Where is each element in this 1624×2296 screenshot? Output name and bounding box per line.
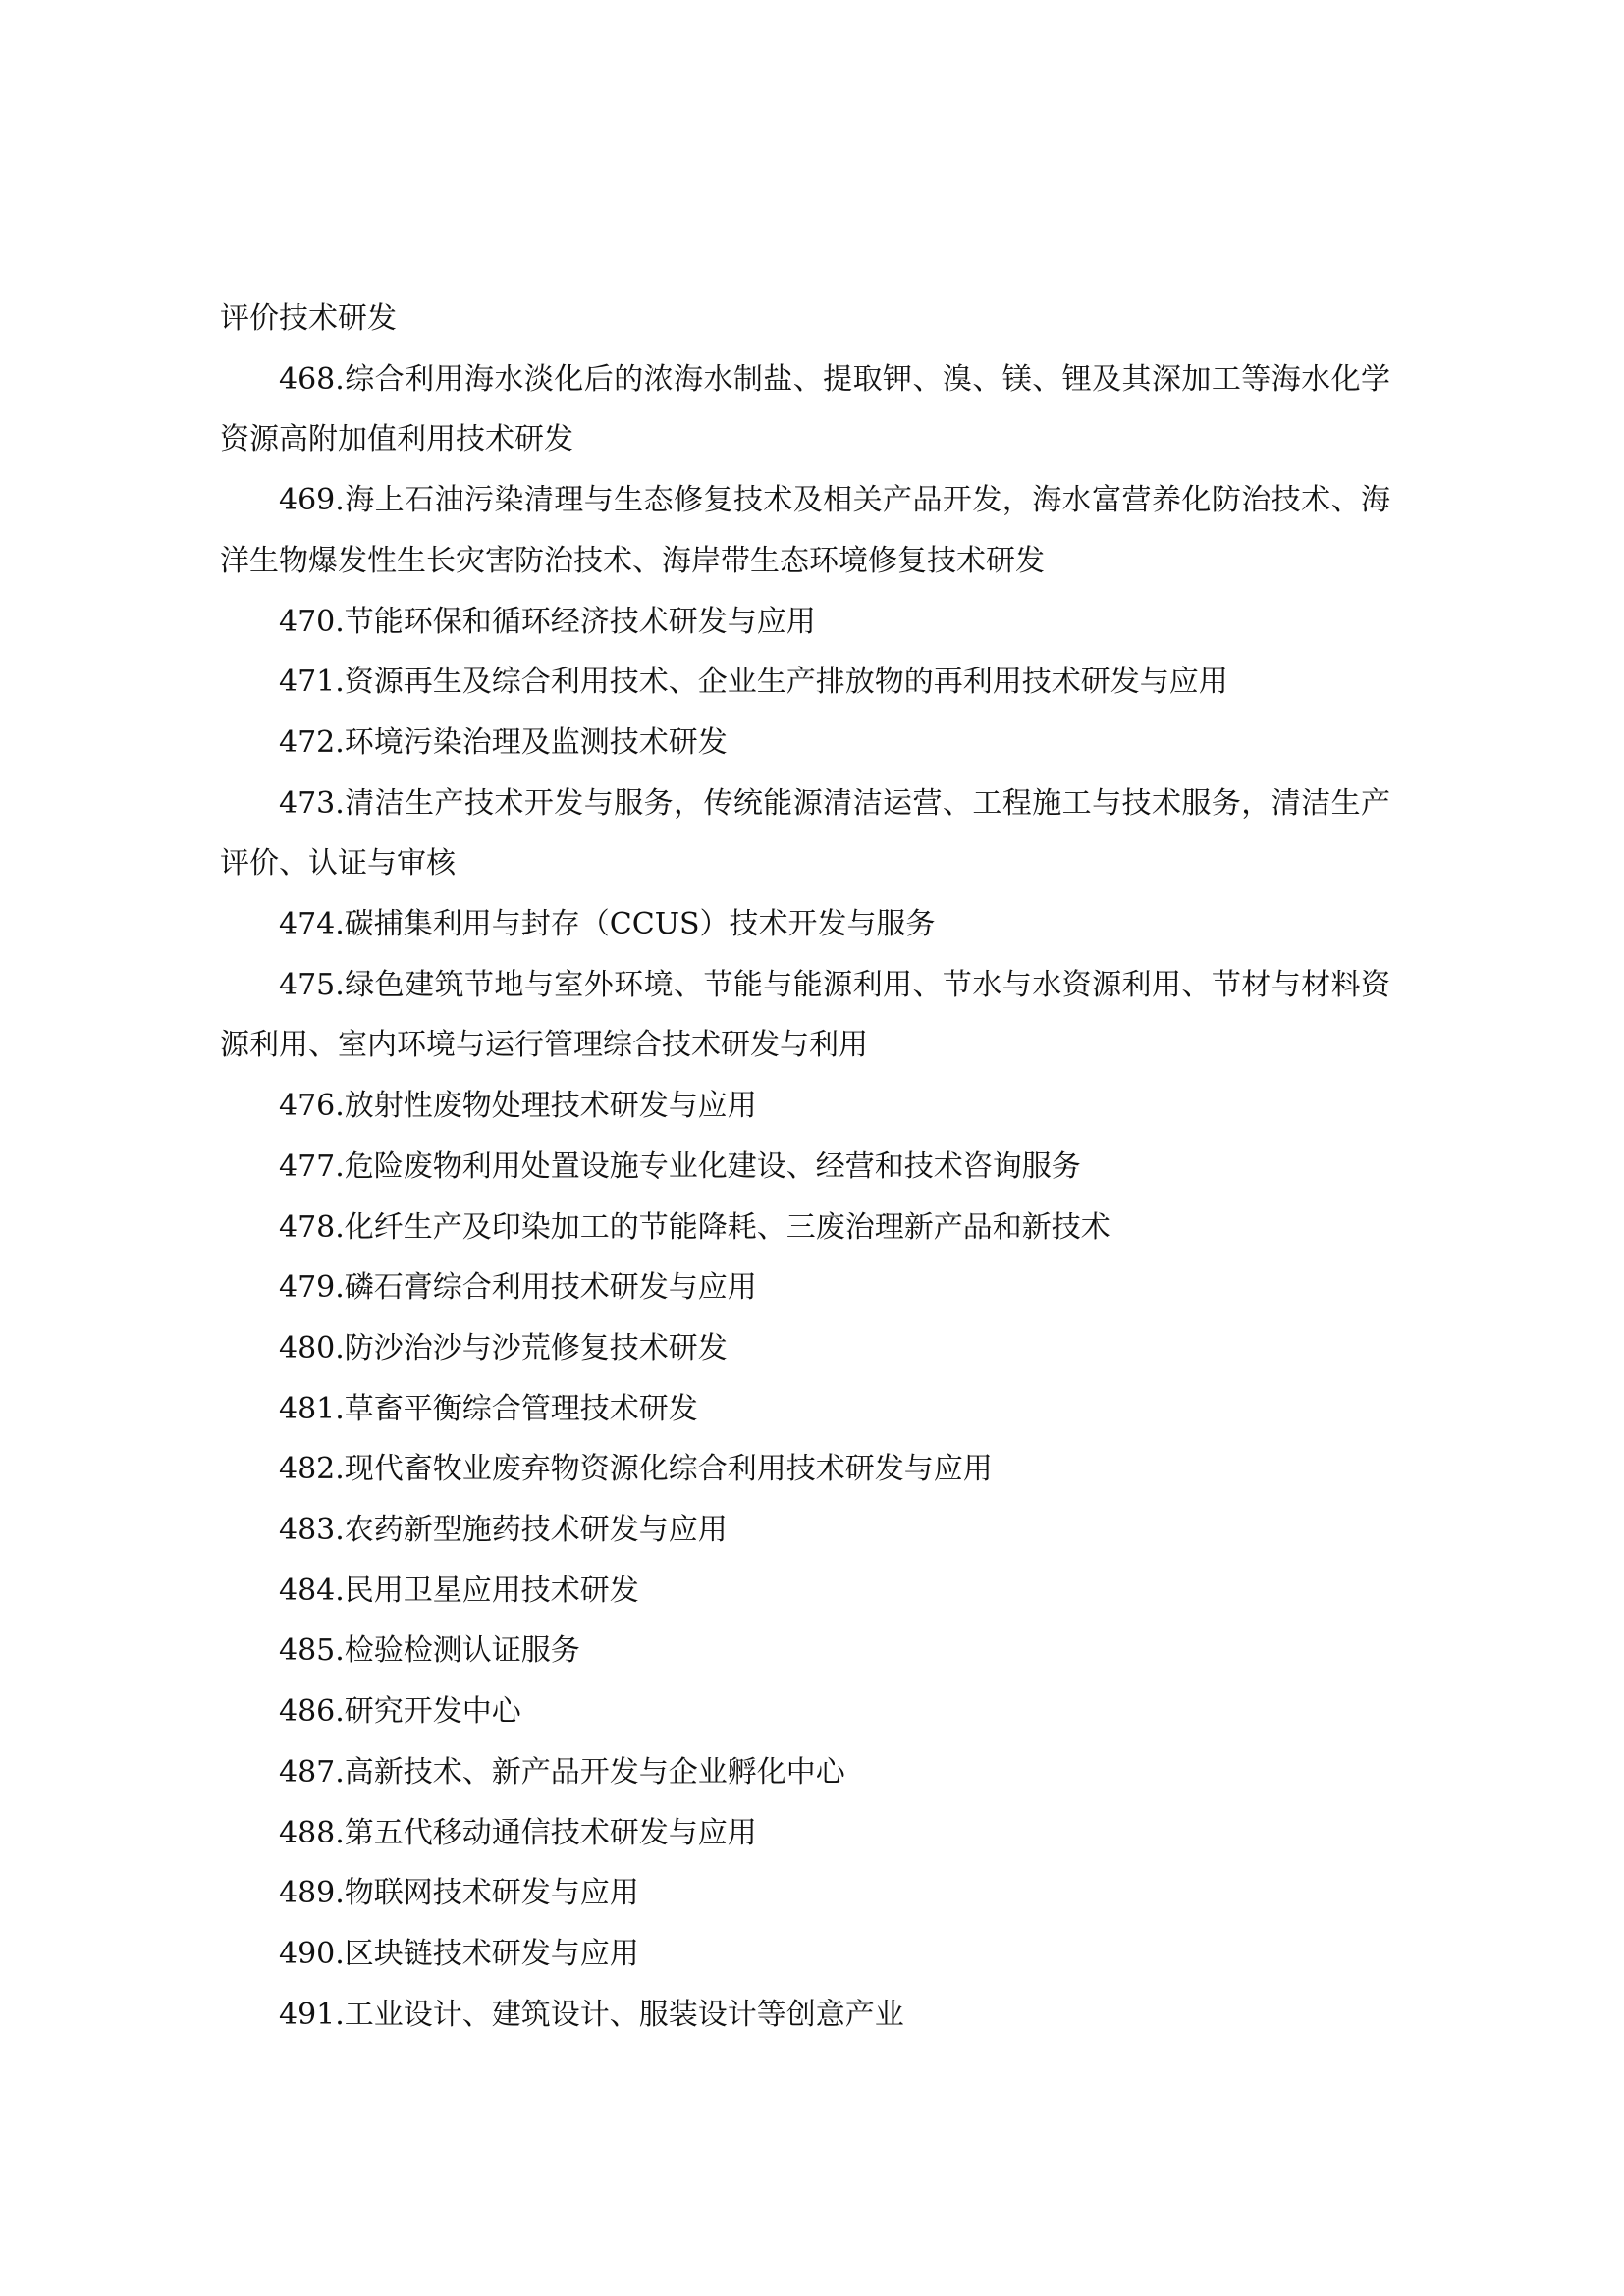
list-item-483: 483.农药新型施药技术研发与应用: [220, 1500, 1390, 1561]
list-item-486: 486.研究开发中心: [220, 1682, 1390, 1742]
list-item-474: 474.碳捕集利用与封存（CCUS）技术开发与服务: [220, 894, 1390, 955]
list-item-485: 485.检验检测认证服务: [220, 1621, 1390, 1682]
list-item-469: 469.海上石油污染清理与生态修复技术及相关产品开发，海水富营养化防治技术、海洋…: [220, 470, 1390, 591]
list-item-468: 468.综合利用海水淡化后的浓海水制盐、提取钾、溴、镁、锂及其深加工等海水化学资…: [220, 349, 1390, 470]
list-item-487: 487.高新技术、新产品开发与企业孵化中心: [220, 1742, 1390, 1803]
list-item-470: 470.节能环保和循环经济技术研发与应用: [220, 592, 1390, 653]
list-item-473: 473.清洁生产技术开发与服务，传统能源清洁运营、工程施工与技术服务，清洁生产评…: [220, 774, 1390, 894]
list-item-475: 475.绿色建筑节地与室外环境、节能与能源利用、节水与水资源利用、节材与材料资源…: [220, 955, 1390, 1076]
list-item-481: 481.草畜平衡综合管理技术研发: [220, 1379, 1390, 1440]
list-item-489: 489.物联网技术研发与应用: [220, 1863, 1390, 1924]
document-page: 评价技术研发 468.综合利用海水淡化后的浓海水制盐、提取钾、溴、镁、锂及其深加…: [220, 289, 1390, 2045]
list-item-479: 479.磷石膏综合利用技术研发与应用: [220, 1257, 1390, 1318]
list-item-478: 478.化纤生产及印染加工的节能降耗、三废治理新产品和新技术: [220, 1198, 1390, 1258]
list-item-491: 491.工业设计、建筑设计、服装设计等创意产业: [220, 1985, 1390, 2046]
continuation-paragraph: 评价技术研发: [220, 289, 1390, 349]
list-item-488: 488.第五代移动通信技术研发与应用: [220, 1803, 1390, 1864]
list-item-484: 484.民用卫星应用技术研发: [220, 1561, 1390, 1622]
list-item-482: 482.现代畜牧业废弃物资源化综合利用技术研发与应用: [220, 1439, 1390, 1500]
list-item-472: 472.环境污染治理及监测技术研发: [220, 713, 1390, 774]
list-item-490: 490.区块链技术研发与应用: [220, 1924, 1390, 1985]
list-item-471: 471.资源再生及综合利用技术、企业生产排放物的再利用技术研发与应用: [220, 652, 1390, 713]
list-item-476: 476.放射性废物处理技术研发与应用: [220, 1076, 1390, 1137]
list-item-477: 477.危险废物利用处置设施专业化建设、经营和技术咨询服务: [220, 1137, 1390, 1198]
list-item-480: 480.防沙治沙与沙荒修复技术研发: [220, 1318, 1390, 1379]
